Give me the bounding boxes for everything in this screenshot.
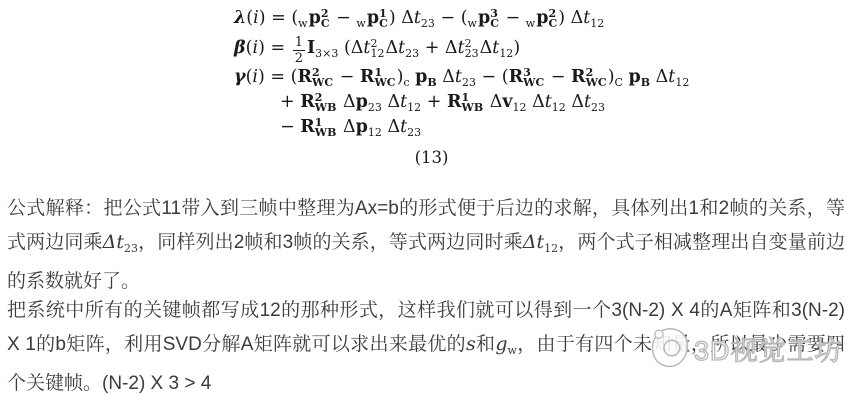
equation-line-lambda: λ(i) = (wp2C − wp1C) Δt23 − (wp3C − wp2C…	[234, 6, 689, 31]
equation-line-gamma-cont-2: − R1WB Δp12 Δt23	[280, 115, 689, 140]
equation-line-gamma-cont-1: + R2WB Δp23 Δt12 + R1WB Δv12 Δt12 Δt23	[280, 90, 689, 115]
paragraph-formula-explanation: 公式解释：把公式11带入到三帧中整理为Ax=b的形式便于后边的求解，具体列出1和…	[7, 192, 845, 299]
equation-line-gamma: γ(i) = (R2WC − R1WC)c pB Δt23 − (R3WC − …	[234, 65, 689, 90]
equation-block: λ(i) = (wp2C − wp1C) Δt23 − (wp3C − wp2C…	[234, 6, 689, 168]
equation-line-beta: β(i) = 12I3×3 (Δt212Δt23 + Δt223Δt12)	[234, 31, 689, 65]
page: λ(i) = (wp2C − wp1C) Δt23 − (wp3C − wp2C…	[0, 0, 847, 394]
paragraph-keyframe-system: 把系统中所有的关键帧都写成12的那种形式，这样我们就可以得到一个3(N-2) X…	[7, 294, 845, 394]
equation-number: (13)	[234, 148, 629, 168]
